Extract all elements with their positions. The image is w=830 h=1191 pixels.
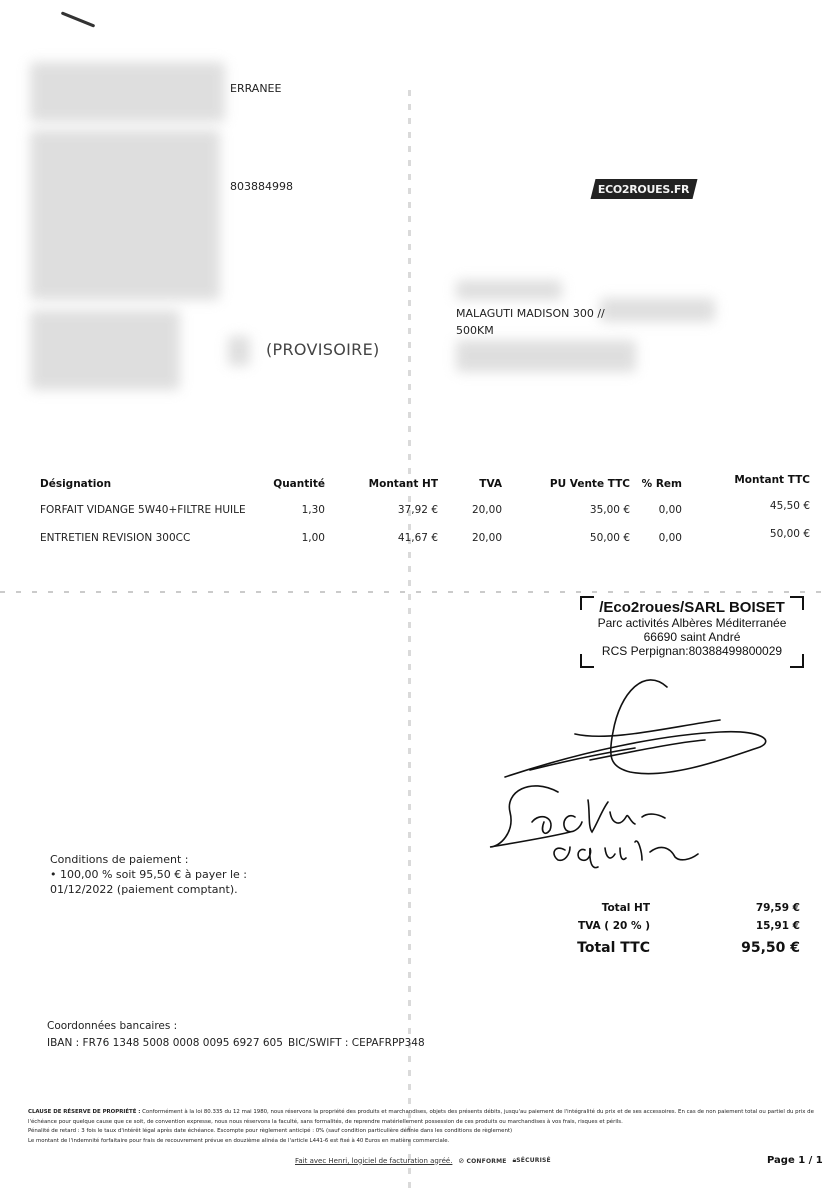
cell-quantite: 1,00 [265, 532, 325, 560]
vehicle-mileage: 500KM [456, 322, 605, 339]
payment-conditions: Conditions de paiement : • 100,00 % soit… [50, 852, 247, 897]
tva-value: 15,91 € [756, 920, 800, 938]
clause-title: CLAUSE DE RÉSERVE DE PROPRIÉTÉ : [28, 1109, 140, 1115]
cell-montant-ht: 37,92 € [325, 504, 438, 532]
total-ttc-value: 95,50 € [741, 940, 800, 964]
conforme-badge: ⊘ CONFORME [458, 1157, 506, 1165]
total-ht-label: Total HT [560, 902, 650, 920]
stamp-corner [580, 654, 594, 668]
cell-pu-vente-ttc: 35,00 € [502, 504, 630, 532]
payment-conditions-title: Conditions de paiement : [50, 852, 247, 867]
cell-montant-ttc: 50,00 € [682, 528, 810, 556]
col-designation: Désignation [40, 478, 265, 504]
stamp-address: Parc activités Albères Méditerranée [580, 616, 804, 630]
page-number: Page 1 / 1 [767, 1155, 823, 1166]
totals-block: Total HT 79,59 € TVA ( 20 % ) 15,91 € To… [560, 902, 800, 964]
col-remise: % Rem [630, 478, 682, 504]
cell-montant-ht: 41,67 € [325, 532, 438, 560]
table-row: ENTRETIEN REVISION 300CC 1,00 41,67 € 20… [40, 532, 810, 560]
cell-tva: 20,00 [438, 504, 502, 532]
cell-designation: ENTRETIEN REVISION 300CC [40, 532, 265, 560]
stamp-corner [580, 596, 594, 610]
stamp-city: 66690 saint André [580, 630, 804, 644]
vehicle-info: MALAGUTI MADISON 300 // 500KM [456, 305, 605, 339]
redacted-vehicle-owner [456, 280, 562, 300]
henri-link[interactable]: Fait avec Henri, logiciel de facturation… [295, 1157, 452, 1165]
fold-line-vertical [408, 90, 411, 1190]
footer: Fait avec Henri, logiciel de facturation… [295, 1156, 551, 1165]
cell-tva: 20,00 [438, 532, 502, 560]
handwritten-signature [470, 672, 800, 872]
clause-indemnity: Le montant de l'indemnité forfaitaire po… [28, 1137, 823, 1147]
bank-bic: BIC/SWIFT : CEPAFRPP348 [288, 1035, 425, 1052]
col-tva: TVA [438, 478, 502, 504]
stamp-corner [790, 596, 804, 610]
clause-text: Conformément à la loi 80.335 du 12 mai 1… [28, 1109, 814, 1125]
bank-iban: IBAN : FR76 1348 5008 0008 0095 6927 605 [47, 1035, 283, 1052]
cell-quantite: 1,30 [265, 504, 325, 532]
legal-clause: CLAUSE DE RÉSERVE DE PROPRIÉTÉ : Conform… [28, 1108, 823, 1146]
stamp-corner [790, 654, 804, 668]
cell-remise: 0,00 [630, 504, 682, 532]
col-quantite: Quantité [265, 478, 325, 504]
payment-conditions-line1: • 100,00 % soit 95,50 € à payer le : [50, 867, 247, 882]
stamp-rcs: RCS Perpignan:80388499800029 [580, 644, 804, 658]
logo-text: ECO2ROUES.FR [598, 183, 689, 196]
cell-pu-vente-ttc: 50,00 € [502, 532, 630, 560]
redacted-invoice-number [228, 336, 250, 366]
document-status: (PROVISOIRE) [266, 340, 380, 359]
total-ttc-label: Total TTC [560, 940, 650, 964]
bank-title: Coordonnées bancaires : [47, 1018, 283, 1035]
payment-conditions-line2: 01/12/2022 (paiement comptant). [50, 882, 247, 897]
company-stamp: /Eco2roues/SARL BOISET Parc activités Al… [580, 596, 804, 668]
pen-mark [61, 11, 96, 27]
tva-label: TVA ( 20 % ) [560, 920, 650, 938]
total-ht-value: 79,59 € [756, 902, 800, 920]
cell-designation: FORFAIT VIDANGE 5W40+FILTRE HUILE [40, 504, 265, 532]
total-ht-row: Total HT 79,59 € [560, 902, 800, 920]
cell-remise: 0,00 [630, 532, 682, 560]
address-fragment: ERRANEE [230, 82, 281, 95]
securise-badge: 🔒︎SÉCURISÉ [513, 1156, 551, 1165]
company-id-fragment: 803884998 [230, 180, 293, 193]
eco2roues-logo: ECO2ROUES.FR [591, 179, 698, 199]
col-montant-ht: Montant HT [325, 478, 438, 504]
tva-row: TVA ( 20 % ) 15,91 € [560, 920, 800, 938]
col-pu-vente-ttc: PU Vente TTC [502, 478, 630, 504]
redacted-client-block [30, 310, 180, 390]
cell-montant-ttc: 45,50 € [682, 500, 810, 528]
col-montant-ttc: Montant TTC [682, 474, 810, 500]
check-circle-icon: ⊘ [458, 1157, 464, 1165]
total-ttc-row: Total TTC 95,50 € [560, 940, 800, 964]
redacted-vehicle-plate [600, 298, 715, 322]
redacted-sender-block [30, 62, 225, 122]
redacted-sender-details [30, 130, 220, 300]
clause-reserve-propriete: CLAUSE DE RÉSERVE DE PROPRIÉTÉ : Conform… [28, 1108, 823, 1127]
fold-line-horizontal [0, 591, 830, 593]
clause-penalty: Pénalité de retard : 3 fois le taux d'in… [28, 1127, 823, 1137]
redacted-vehicle-extra [456, 340, 636, 372]
vehicle-model: MALAGUTI MADISON 300 // [456, 305, 605, 322]
bank-details: Coordonnées bancaires : IBAN : FR76 1348… [47, 1018, 283, 1052]
items-table: Désignation Quantité Montant HT TVA PU V… [40, 478, 810, 560]
stamp-company-name: /Eco2roues/SARL BOISET [580, 599, 804, 616]
